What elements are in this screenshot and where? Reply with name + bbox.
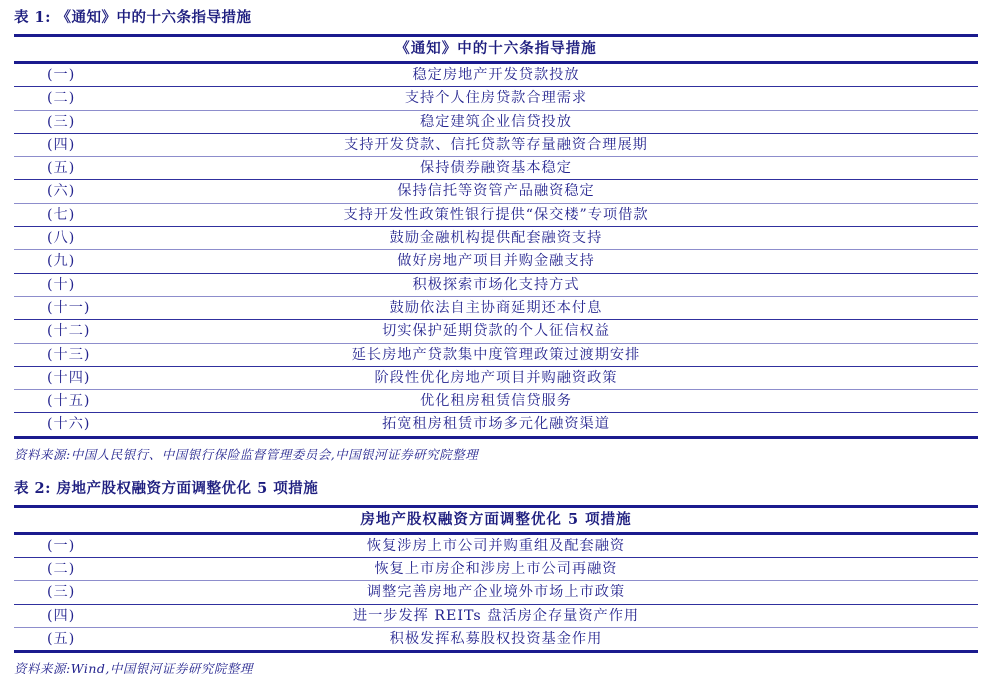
row-text: 调整完善房地产企业境外市场上市政策 — [367, 581, 625, 604]
table-row: (四)支持开发贷款、信托贷款等存量融资合理展期 — [14, 134, 978, 157]
row-label: (十二) — [47, 320, 90, 343]
table-row: (二)恢复上市房企和涉房上市公司再融资 — [14, 558, 978, 581]
row-label: (二) — [47, 87, 75, 110]
row-label: (十六) — [47, 413, 90, 436]
row-text: 做好房地产项目并购金融支持 — [397, 250, 594, 273]
row-label: (四) — [47, 134, 75, 157]
table-row: (十一)鼓励依法自主协商延期还本付息 — [14, 297, 978, 320]
row-label: (三) — [47, 581, 75, 604]
row-text: 切实保护延期贷款的个人征信权益 — [382, 320, 610, 343]
table-row: (十六)拓宽租房租赁市场多元化融资渠道 — [14, 413, 978, 435]
table-row: (三)稳定建筑企业信贷投放 — [14, 111, 978, 134]
table2-source-note: 资料来源:Wind,中国银河证券研究院整理 — [14, 661, 978, 677]
row-text: 支持个人住房贷款合理需求 — [405, 87, 587, 110]
table2-figure: 表 2: 房地产股权融资方面调整优化 5 项措施 房地产股权融资方面调整优化 5… — [14, 480, 978, 677]
table2-body: (一)恢复涉房上市公司并购重组及配套融资(二)恢复上市房企和涉房上市公司再融资(… — [14, 535, 978, 650]
row-text: 积极探索市场化支持方式 — [412, 274, 579, 297]
table-row: (八)鼓励金融机构提供配套融资支持 — [14, 227, 978, 250]
row-text: 鼓励金融机构提供配套融资支持 — [390, 227, 603, 250]
row-label: (十四) — [47, 367, 90, 390]
table-row: (一)稳定房地产开发贷款投放 — [14, 64, 978, 87]
table2-header: 房地产股权融资方面调整优化 5 项措施 — [14, 508, 978, 535]
row-text: 延长房地产贷款集中度管理政策过渡期安排 — [352, 344, 641, 367]
row-label: (十) — [47, 274, 75, 297]
table-row: (五)保持债券融资基本稳定 — [14, 157, 978, 180]
table1-caption: 表 1: 《通知》中的十六条指导措施 — [14, 0, 978, 27]
row-label: (六) — [47, 180, 75, 203]
table1-header: 《通知》中的十六条指导措施 — [14, 37, 978, 64]
table-row: (十)积极探索市场化支持方式 — [14, 274, 978, 297]
table-row: (九)做好房地产项目并购金融支持 — [14, 250, 978, 273]
row-text: 阶段性优化房地产项目并购融资政策 — [374, 367, 617, 390]
row-text: 稳定建筑企业信贷投放 — [420, 111, 572, 134]
row-text: 保持债券融资基本稳定 — [420, 157, 572, 180]
table-row: (七)支持开发性政策性银行提供“保交楼”专项借款 — [14, 204, 978, 227]
row-label: (八) — [47, 227, 75, 250]
row-text: 优化租房租赁信贷服务 — [420, 390, 572, 413]
table-row: (五)积极发挥私募股权投资基金作用 — [14, 628, 978, 650]
table1: 《通知》中的十六条指导措施 (一)稳定房地产开发贷款投放(二)支持个人住房贷款合… — [14, 34, 978, 439]
row-label: (七) — [47, 204, 75, 227]
table-row: (六)保持信托等资管产品融资稳定 — [14, 180, 978, 203]
row-label: (一) — [47, 535, 75, 558]
row-label: (五) — [47, 628, 75, 651]
table-row: (十四)阶段性优化房地产项目并购融资政策 — [14, 367, 978, 390]
table1-figure: 表 1: 《通知》中的十六条指导措施 《通知》中的十六条指导措施 (一)稳定房地… — [14, 0, 978, 463]
row-text: 支持开发性政策性银行提供“保交楼”专项借款 — [343, 204, 648, 227]
table2: 房地产股权融资方面调整优化 5 项措施 (一)恢复涉房上市公司并购重组及配套融资… — [14, 505, 978, 653]
table-row: (三)调整完善房地产企业境外市场上市政策 — [14, 581, 978, 604]
row-label: (三) — [47, 111, 75, 134]
table2-caption: 表 2: 房地产股权融资方面调整优化 5 项措施 — [14, 480, 978, 498]
row-label: (十一) — [47, 297, 90, 320]
content-area: 表 1: 《通知》中的十六条指导措施 《通知》中的十六条指导措施 (一)稳定房地… — [14, 0, 978, 677]
table-row: (十五)优化租房租赁信贷服务 — [14, 390, 978, 413]
report-page: 表 1: 《通知》中的十六条指导措施 《通知》中的十六条指导措施 (一)稳定房地… — [0, 0, 1000, 686]
table-row: (一)恢复涉房上市公司并购重组及配套融资 — [14, 535, 978, 558]
table-row: (十三)延长房地产贷款集中度管理政策过渡期安排 — [14, 344, 978, 367]
row-text: 恢复涉房上市公司并购重组及配套融资 — [367, 535, 625, 558]
table1-source-note: 资料来源:中国人民银行、中国银行保险监督管理委员会,中国银河证券研究院整理 — [14, 447, 978, 463]
row-label: (四) — [47, 605, 75, 628]
row-text: 支持开发贷款、信托贷款等存量融资合理展期 — [344, 134, 648, 157]
row-text: 积极发挥私募股权投资基金作用 — [390, 628, 603, 651]
table-row: (十二)切实保护延期贷款的个人征信权益 — [14, 320, 978, 343]
table-row: (四)进一步发挥 REITs 盘活房企存量资产作用 — [14, 605, 978, 628]
row-label: (十三) — [47, 344, 90, 367]
row-text: 拓宽租房租赁市场多元化融资渠道 — [382, 413, 610, 436]
row-text: 稳定房地产开发贷款投放 — [412, 64, 579, 87]
row-text: 恢复上市房企和涉房上市公司再融资 — [374, 558, 617, 581]
table-row: (二)支持个人住房贷款合理需求 — [14, 87, 978, 110]
row-label: (五) — [47, 157, 75, 180]
row-text: 进一步发挥 REITs 盘活房企存量资产作用 — [353, 605, 639, 628]
row-text: 鼓励依法自主协商延期还本付息 — [390, 297, 603, 320]
row-label: (十五) — [47, 390, 90, 413]
row-label: (九) — [47, 250, 75, 273]
row-text: 保持信托等资管产品融资稳定 — [397, 180, 594, 203]
table1-body: (一)稳定房地产开发贷款投放(二)支持个人住房贷款合理需求(三)稳定建筑企业信贷… — [14, 64, 978, 436]
row-label: (一) — [47, 64, 75, 87]
row-label: (二) — [47, 558, 75, 581]
